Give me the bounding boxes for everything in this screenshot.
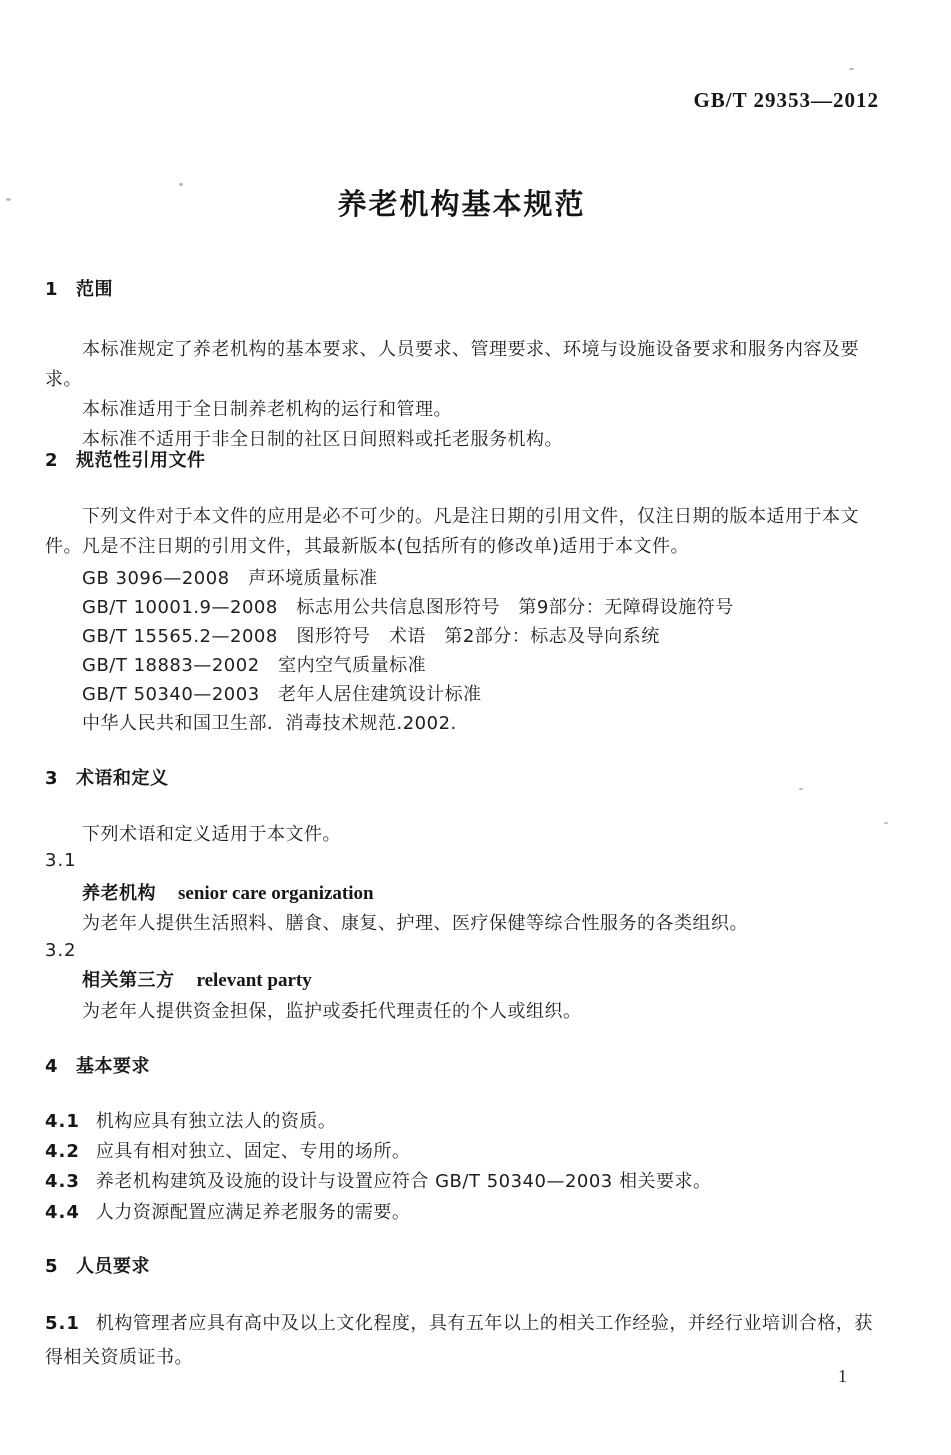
clause-number: 5.1: [45, 1313, 80, 1334]
clause-4-1: 4.1机构应具有独立法人的资质。: [45, 1109, 885, 1135]
clause-4-2: 4.2应具有相对独立、固定、专用的场所。: [45, 1139, 885, 1165]
scan-speck: [6, 198, 11, 201]
term-1-definition: 为老年人提供生活照料、膳食、康复、护理、医疗保健等综合性服务的各类组织。: [82, 911, 882, 937]
reference-item: GB/T 10001.9—2008 标志用公共信息图形符号 第9部分：无障碍设施…: [45, 593, 879, 622]
clause-text: 人力资源配置应满足养老服务的需要。: [96, 1202, 411, 1223]
scan-speck: [884, 822, 888, 824]
clause-number: 4.4: [45, 1202, 80, 1223]
section-1-title: 范围: [76, 279, 113, 300]
section-1-heading: 1范围: [45, 277, 113, 303]
term-1-zh: 养老机构: [82, 883, 156, 904]
clause-5-1: 5.1机构管理者应具有高中及以上文化程度，具有五年以上的相关工作经验，并经行业培…: [45, 1307, 881, 1375]
document-page: GB/T 29353—2012 养老机构基本规范 1范围 本标准规定了养老机构的…: [0, 0, 951, 1455]
term-2-number: 3.2: [45, 939, 77, 963]
section-1-body: 本标准规定了养老机构的基本要求、人员要求、管理要求、环境与设施设备要求和服务内容…: [45, 335, 879, 455]
term-1-line: 养老机构senior care organization: [82, 882, 374, 906]
clause-text: 机构应具有独立法人的资质。: [96, 1111, 337, 1132]
term-1-en: senior care organization: [178, 883, 374, 904]
reference-item: GB/T 15565.2—2008 图形符号 术语 第2部分：标志及导向系统: [45, 622, 879, 651]
scan-speck: [849, 68, 854, 70]
section-2-intro: 下列文件对于本文件的应用是必不可少的。凡是注日期的引用文件，仅注日期的版本适用于…: [45, 502, 879, 562]
paragraph: 下列文件对于本文件的应用是必不可少的。凡是注日期的引用文件，仅注日期的版本适用于…: [45, 502, 879, 562]
paragraph: 本标准适用于全日制养老机构的运行和管理。: [45, 395, 879, 425]
clause-text: 养老机构建筑及设施的设计与设置应符合 GB/T 50340—2003 相关要求。: [96, 1171, 712, 1192]
page-number: 1: [838, 1366, 847, 1387]
section-5-number: 5: [45, 1256, 58, 1277]
section-4-title: 基本要求: [76, 1056, 150, 1077]
section-3-heading: 3术语和定义: [45, 766, 169, 792]
clause-4-3: 4.3养老机构建筑及设施的设计与设置应符合 GB/T 50340—2003 相关…: [45, 1169, 885, 1195]
term-2-line: 相关第三方relevant party: [82, 969, 312, 993]
section-2-number: 2: [45, 450, 58, 471]
term-2-zh: 相关第三方: [82, 970, 175, 991]
scan-speck: [799, 788, 803, 790]
scan-speck: [179, 183, 183, 186]
clause-number: 4.2: [45, 1141, 80, 1162]
clause-4-4: 4.4人力资源配置应满足养老服务的需要。: [45, 1200, 885, 1226]
clause-text: 机构管理者应具有高中及以上文化程度，具有五年以上的相关工作经验，并经行业培训合格…: [45, 1313, 873, 1368]
section-2-heading: 2规范性引用文件: [45, 448, 206, 474]
clause-text: 应具有相对独立、固定、专用的场所。: [96, 1141, 411, 1162]
section-3-intro: 下列术语和定义适用于本文件。: [45, 820, 879, 850]
term-2-en: relevant party: [197, 970, 312, 991]
term-1-number: 3.1: [45, 849, 77, 873]
paragraph: 本标准规定了养老机构的基本要求、人员要求、管理要求、环境与设施设备要求和服务内容…: [45, 335, 879, 395]
reference-item: GB/T 18883—2002 室内空气质量标准: [45, 651, 879, 680]
section-5-heading: 5人员要求: [45, 1254, 150, 1280]
section-3-number: 3: [45, 768, 58, 789]
section-4-heading: 4基本要求: [45, 1054, 150, 1080]
reference-item: GB 3096—2008 声环境质量标准: [45, 564, 879, 593]
clause-number: 4.1: [45, 1111, 80, 1132]
clause-number: 4.3: [45, 1171, 80, 1192]
section-4-number: 4: [45, 1056, 58, 1077]
term-2-definition: 为老年人提供资金担保，监护或委托代理责任的个人或组织。: [82, 999, 882, 1025]
section-5-title: 人员要求: [76, 1256, 150, 1277]
standard-number: GB/T 29353—2012: [0, 88, 879, 113]
reference-item: 中华人民共和国卫生部．消毒技术规范.2002.: [45, 709, 879, 738]
document-title: 养老机构基本规范: [0, 182, 923, 223]
section-1-number: 1: [45, 279, 58, 300]
paragraph: 下列术语和定义适用于本文件。: [45, 820, 879, 850]
reference-item: GB/T 50340—2003 老年人居住建筑设计标准: [45, 680, 879, 709]
normative-references-list: GB 3096—2008 声环境质量标准 GB/T 10001.9—2008 标…: [45, 564, 879, 738]
section-2-title: 规范性引用文件: [76, 450, 206, 471]
section-3-title: 术语和定义: [76, 768, 169, 789]
